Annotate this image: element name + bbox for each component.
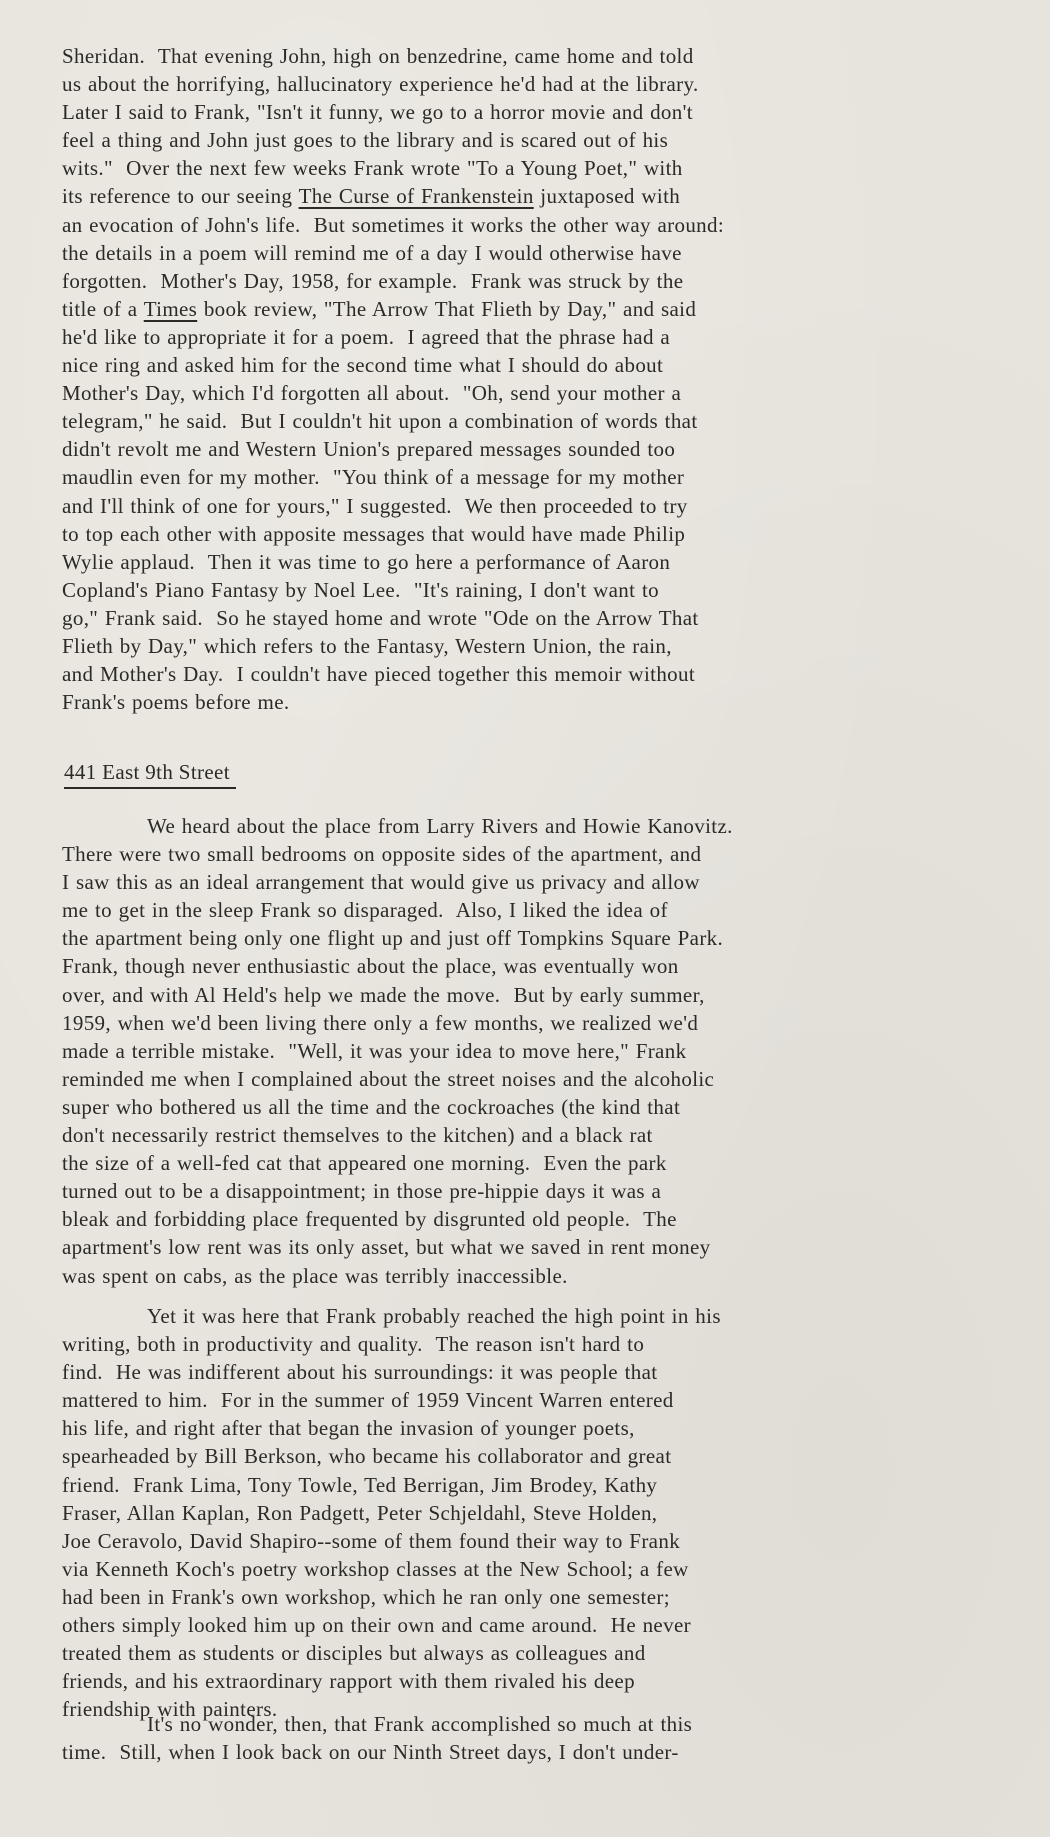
text-segment: mattered to him. For in the summer of 19… (62, 1388, 674, 1412)
text-line: his life, and right after that began the… (62, 1414, 1002, 1442)
text-segment: bleak and forbidding place frequented by… (62, 1207, 677, 1231)
text-line: he'd like to appropriate it for a poem. … (62, 323, 1002, 351)
text-segment: wits." Over the next few weeks Frank wro… (62, 156, 683, 180)
text-line: Copland's Piano Fantasy by Noel Lee. "It… (62, 576, 1002, 604)
text-segment: us about the horrifying, hallucinatory e… (62, 72, 699, 96)
text-segment: others simply looked him up on their own… (62, 1613, 691, 1637)
text-segment: I saw this as an ideal arrangement that … (62, 870, 700, 894)
text-segment: nice ring and asked him for the second t… (62, 353, 663, 377)
text-line: Later I said to Frank, "Isn't it funny, … (62, 98, 1002, 126)
text-line: was spent on cabs, as the place was terr… (62, 1262, 1002, 1290)
text-line: the size of a well-fed cat that appeared… (62, 1149, 1002, 1177)
text-line: Wylie applaud. Then it was time to go he… (62, 548, 1002, 576)
text-line: feel a thing and John just goes to the l… (62, 126, 1002, 154)
text-line: Sheridan. That evening John, high on ben… (62, 42, 1002, 70)
text-segment: Copland's Piano Fantasy by Noel Lee. "It… (62, 578, 659, 602)
text-line: forgotten. Mother's Day, 1958, for examp… (62, 267, 1002, 295)
text-segment: and Mother's Day. I couldn't have pieced… (62, 662, 695, 686)
text-line: an evocation of John's life. But sometim… (62, 211, 1002, 239)
text-segment: his life, and right after that began the… (62, 1416, 635, 1440)
text-segment: me to get in the sleep Frank so disparag… (62, 898, 668, 922)
text-line: Yet it was here that Frank probably reac… (62, 1302, 1002, 1330)
text-segment: There were two small bedrooms on opposit… (62, 842, 701, 866)
text-segment: over, and with Al Held's help we made th… (62, 983, 705, 1007)
text-line: via Kenneth Koch's poetry workshop class… (62, 1555, 1002, 1583)
text-segment: friend. Frank Lima, Tony Towle, Ted Berr… (62, 1473, 657, 1497)
text-segment: Frank's poems before me. (62, 690, 289, 714)
text-segment: It's no wonder, then, that Frank accompl… (147, 1712, 692, 1736)
text-segment: Mother's Day, which I'd forgotten all ab… (62, 381, 681, 405)
text-segment: Wylie applaud. Then it was time to go he… (62, 550, 670, 574)
text-line: to top each other with apposite messages… (62, 520, 1002, 548)
text-segment: made a terrible mistake. "Well, it was y… (62, 1039, 686, 1063)
text-line: Joe Ceravolo, David Shapiro--some of the… (62, 1527, 1002, 1555)
paragraph-sheridan-mothers-day: Sheridan. That evening John, high on ben… (62, 42, 1002, 716)
text-line: don't necessarily restrict themselves to… (62, 1121, 1002, 1149)
text-segment: We heard about the place from Larry Rive… (147, 814, 733, 838)
text-line: There were two small bedrooms on opposit… (62, 840, 1002, 868)
text-line: Fraser, Allan Kaplan, Ron Padgett, Peter… (62, 1499, 1002, 1527)
text-line: Flieth by Day," which refers to the Fant… (62, 632, 1002, 660)
text-line: Frank's poems before me. (62, 688, 1002, 716)
text-line: turned out to be a disappointment; in th… (62, 1177, 1002, 1205)
text-segment: 1959, when we'd been living there only a… (62, 1011, 698, 1035)
text-line: over, and with Al Held's help we made th… (62, 981, 1002, 1009)
text-segment: Fraser, Allan Kaplan, Ron Padgett, Peter… (62, 1501, 657, 1525)
text-line: mattered to him. For in the summer of 19… (62, 1386, 1002, 1414)
text-line: bleak and forbidding place frequented by… (62, 1205, 1002, 1233)
text-line: apartment's low rent was its only asset,… (62, 1233, 1002, 1261)
document-page: Sheridan. That evening John, high on ben… (0, 0, 1050, 1837)
text-segment: reminded me when I complained about the … (62, 1067, 714, 1091)
text-segment: an evocation of John's life. But sometim… (62, 213, 724, 237)
section-heading: 441 East 9th Street (64, 758, 236, 789)
text-line: spearheaded by Bill Berkson, who became … (62, 1442, 1002, 1470)
text-line: writing, both in productivity and qualit… (62, 1330, 1002, 1358)
text-line: and I'll think of one for yours," I sugg… (62, 492, 1002, 520)
text-segment: go," Frank said. So he stayed home and w… (62, 606, 699, 630)
text-line: us about the horrifying, hallucinatory e… (62, 70, 1002, 98)
text-segment: the size of a well-fed cat that appeared… (62, 1151, 667, 1175)
text-segment: Frank, though never enthusiastic about t… (62, 954, 679, 978)
text-segment: didn't revolt me and Western Union's pre… (62, 437, 675, 461)
text-line: made a terrible mistake. "Well, it was y… (62, 1037, 1002, 1065)
text-segment: Joe Ceravolo, David Shapiro--some of the… (62, 1529, 680, 1553)
text-line: didn't revolt me and Western Union's pre… (62, 435, 1002, 463)
text-segment: Yet it was here that Frank probably reac… (147, 1304, 721, 1328)
text-segment: Later I said to Frank, "Isn't it funny, … (62, 100, 693, 124)
text-line: the details in a poem will remind me of … (62, 239, 1002, 267)
text-segment: was spent on cabs, as the place was terr… (62, 1264, 568, 1288)
text-line: had been in Frank's own workshop, which … (62, 1583, 1002, 1611)
text-segment: time. Still, when I look back on our Nin… (62, 1740, 679, 1764)
text-line: me to get in the sleep Frank so disparag… (62, 896, 1002, 924)
text-line: friend. Frank Lima, Tony Towle, Ted Berr… (62, 1471, 1002, 1499)
text-segment: writing, both in productivity and qualit… (62, 1332, 644, 1356)
text-segment: turned out to be a disappointment; in th… (62, 1179, 661, 1203)
text-line: its reference to our seeing The Curse of… (62, 182, 1002, 210)
text-line: nice ring and asked him for the second t… (62, 351, 1002, 379)
text-line: friends, and his extraordinary rapport w… (62, 1667, 1002, 1695)
text-segment: the details in a poem will remind me of … (62, 241, 682, 265)
text-segment: Flieth by Day," which refers to the Fant… (62, 634, 672, 658)
text-line: wits." Over the next few weeks Frank wro… (62, 154, 1002, 182)
text-line: title of a Times book review, "The Arrow… (62, 295, 1002, 323)
text-segment: title of a (62, 297, 144, 321)
text-line: the apartment being only one flight up a… (62, 924, 1002, 952)
text-segment: spearheaded by Bill Berkson, who became … (62, 1444, 671, 1468)
text-line: others simply looked him up on their own… (62, 1611, 1002, 1639)
text-segment: super who bothered us all the time and t… (62, 1095, 680, 1119)
text-segment: telegram," he said. But I couldn't hit u… (62, 409, 698, 433)
text-segment: via Kenneth Koch's poetry workshop class… (62, 1557, 689, 1581)
text-segment: book review, "The Arrow That Flieth by D… (197, 297, 696, 321)
text-line: telegram," he said. But I couldn't hit u… (62, 407, 1002, 435)
text-line: It's no wonder, then, that Frank accompl… (62, 1710, 1002, 1738)
paragraph-no-wonder: It's no wonder, then, that Frank accompl… (62, 1710, 1002, 1766)
text-segment: feel a thing and John just goes to the l… (62, 128, 668, 152)
text-segment: friends, and his extraordinary rapport w… (62, 1669, 635, 1693)
underlined-title: Times (144, 297, 198, 321)
text-line: Mother's Day, which I'd forgotten all ab… (62, 379, 1002, 407)
text-line: reminded me when I complained about the … (62, 1065, 1002, 1093)
text-segment: had been in Frank's own workshop, which … (62, 1585, 670, 1609)
text-segment: its reference to our seeing (62, 184, 299, 208)
text-line: We heard about the place from Larry Rive… (62, 812, 1002, 840)
text-segment: Sheridan. That evening John, high on ben… (62, 44, 694, 68)
text-segment: he'd like to appropriate it for a poem. … (62, 325, 670, 349)
text-segment: don't necessarily restrict themselves to… (62, 1123, 653, 1147)
text-segment: to top each other with apposite messages… (62, 522, 685, 546)
text-segment: juxtaposed with (534, 184, 680, 208)
text-line: 1959, when we'd been living there only a… (62, 1009, 1002, 1037)
text-line: treated them as students or disciples bu… (62, 1639, 1002, 1667)
paragraph-apartment: We heard about the place from Larry Rive… (62, 812, 1002, 1290)
text-segment: apartment's low rent was its only asset,… (62, 1235, 711, 1259)
text-segment: and I'll think of one for yours," I sugg… (62, 494, 688, 518)
text-line: find. He was indifferent about his surro… (62, 1358, 1002, 1386)
text-segment: treated them as students or disciples bu… (62, 1641, 646, 1665)
text-line: maudlin even for my mother. "You think o… (62, 463, 1002, 491)
text-line: Frank, though never enthusiastic about t… (62, 952, 1002, 980)
text-segment: the apartment being only one flight up a… (62, 926, 723, 950)
underlined-title: The Curse of Frankenstein (299, 184, 534, 208)
text-line: and Mother's Day. I couldn't have pieced… (62, 660, 1002, 688)
text-line: go," Frank said. So he stayed home and w… (62, 604, 1002, 632)
text-line: I saw this as an ideal arrangement that … (62, 868, 1002, 896)
paragraph-younger-poets: Yet it was here that Frank probably reac… (62, 1302, 1002, 1723)
text-line: time. Still, when I look back on our Nin… (62, 1738, 1002, 1766)
text-line: super who bothered us all the time and t… (62, 1093, 1002, 1121)
text-segment: forgotten. Mother's Day, 1958, for examp… (62, 269, 683, 293)
text-segment: find. He was indifferent about his surro… (62, 1360, 657, 1384)
text-segment: maudlin even for my mother. "You think o… (62, 465, 684, 489)
